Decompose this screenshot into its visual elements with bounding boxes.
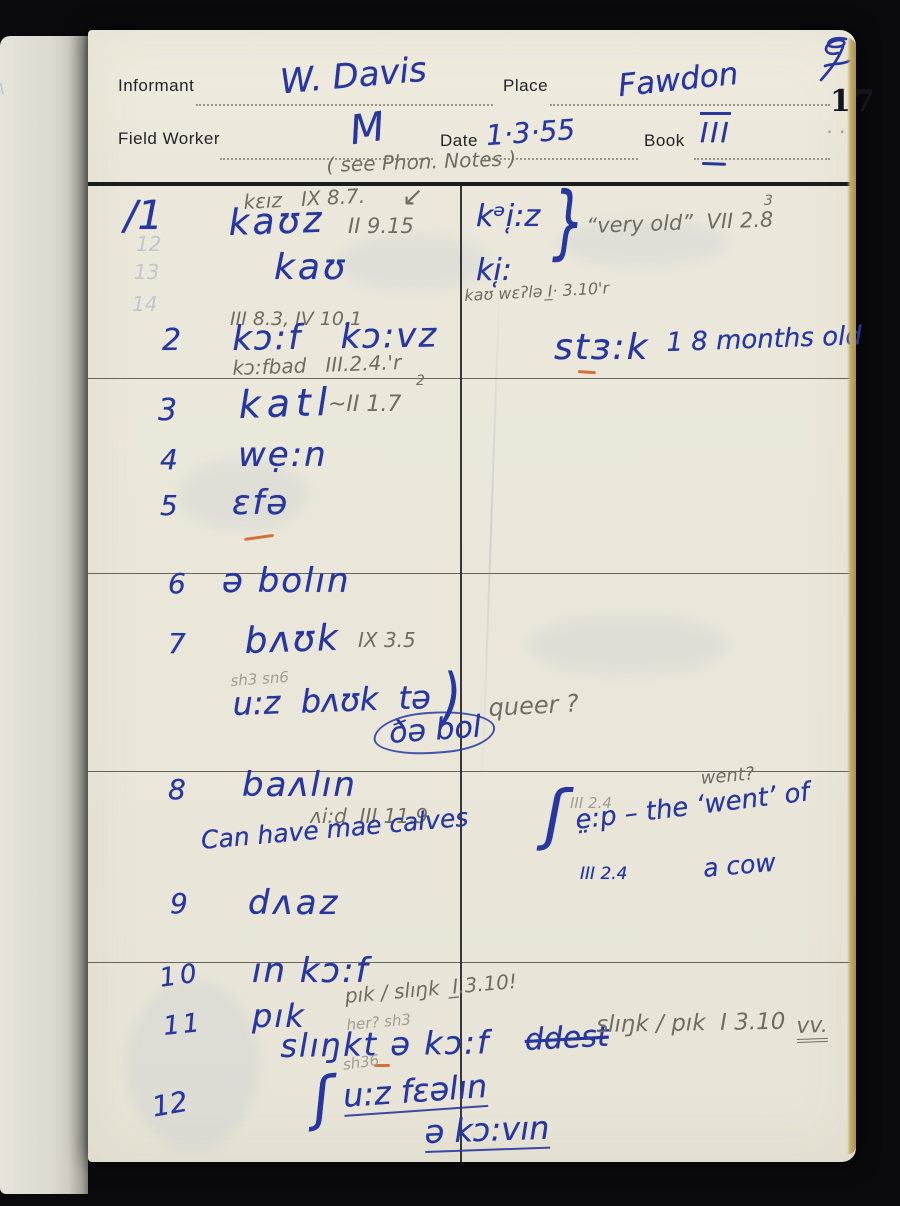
entry-3-form: katl <box>238 383 334 424</box>
entry-8-form: baʌlın <box>242 768 357 802</box>
note-a-cow: a cow <box>702 850 777 881</box>
entry-6-number: 6 <box>168 570 186 598</box>
bleed-14: 14 <box>132 294 157 314</box>
entry-2-number: 2 <box>162 326 181 356</box>
entry-3-sup: 2 <box>416 374 425 388</box>
entry-9-number: 9 <box>170 890 188 918</box>
entry-12-form: u:z fεəlın <box>342 1070 489 1117</box>
entry-3-number: 3 <box>158 396 177 426</box>
handwriting-layer: kεız IX 8.7.↙∕1kaʊzII 9.15kaʊIII 8.3, IV… <box>88 30 856 1162</box>
entry-7-form: bʌʊk <box>244 621 340 660</box>
arrow-icon: ↙ <box>402 184 424 210</box>
entry-7-ref: IX 3.5 <box>358 630 416 650</box>
bleed-12: 12 <box>136 234 161 254</box>
entry-2-form: kɔ:f kɔ:vz <box>232 318 439 356</box>
previous-page-bleedthrough: InformantField Worker <box>0 36 88 1194</box>
circled-tha-bol: ðə bol <box>372 707 497 757</box>
book-underline <box>702 162 726 166</box>
entry-5-number: 5 <box>160 492 178 520</box>
entry-7-number: 7 <box>168 630 186 658</box>
orange-dash <box>244 534 274 541</box>
note-esh: ʃ <box>544 782 566 848</box>
note-veryold: “very old” VII 2.8 <box>586 209 774 237</box>
entry-12-pencil: sh36 <box>342 1053 380 1073</box>
entry-11-number: 11 <box>162 1010 204 1040</box>
entry-9-form: dʌaz <box>248 886 340 920</box>
bleed-13: 13 <box>134 262 159 282</box>
note-ki: ki̜: <box>476 256 512 286</box>
bleed-informant: Informant <box>0 82 4 97</box>
entry-4-number: 4 <box>160 446 178 474</box>
entry-1-form-2: kaʊ <box>274 250 348 286</box>
note-sheip: e̤:p – the ‘went’ of <box>574 779 811 834</box>
entry-12-esh: ʃ <box>310 1068 334 1127</box>
note-veryold-sup: 3 <box>764 194 773 208</box>
entry-11-pencil: pık / slıŋk I̲.3.10! <box>344 971 518 1006</box>
brace: } <box>552 182 585 262</box>
entry-10-number: 10 <box>158 960 202 991</box>
entry-12-form-2: ə kɔ:vın <box>424 1112 550 1153</box>
entry-3-ref: ~II 1.7 <box>328 394 401 416</box>
notebook-page: Informant Place Field Worker Date Book 1… <box>88 30 856 1162</box>
note-queer: queer ? <box>488 691 579 720</box>
entry-11-phrase: slıŋkt ə kɔ:f <box>280 1026 491 1062</box>
entry-1-number: ∕1 <box>124 196 163 236</box>
note-keiz-old: kᵊi̜:z <box>476 202 540 232</box>
entry-5-form: εfə <box>232 486 289 520</box>
note-slink-pik: slıŋk / pık I 3.10 <box>596 1011 786 1037</box>
note-kau-wetla: kaʊ wɛʔlə I̲· 3.10'r <box>464 280 610 304</box>
entry-1-ref: II 9.15 <box>348 216 414 237</box>
note-sterk: stɜ:k <box>554 330 649 366</box>
entry-8-number: 8 <box>168 776 186 804</box>
entry-4-form: wẹ:n <box>238 438 328 472</box>
orange-underline-1 <box>578 370 596 374</box>
entry-6-form: ə bolın <box>222 564 351 598</box>
note-vv: vv. <box>796 1015 828 1043</box>
page-gilt-edge <box>847 38 856 1154</box>
previous-page-edge: InformantField Worker <box>0 36 88 1194</box>
after-book-dots: · · <box>826 122 845 142</box>
entry-1-form: kaʊz <box>228 203 325 242</box>
entry-2-note: kɔ:fbad III.2.4.'r <box>232 352 402 378</box>
entry-12-number: 12 <box>150 1088 190 1122</box>
note-18months: 1 8 months old <box>666 323 862 356</box>
note-sheip-ref: III 2.4 <box>580 866 627 883</box>
